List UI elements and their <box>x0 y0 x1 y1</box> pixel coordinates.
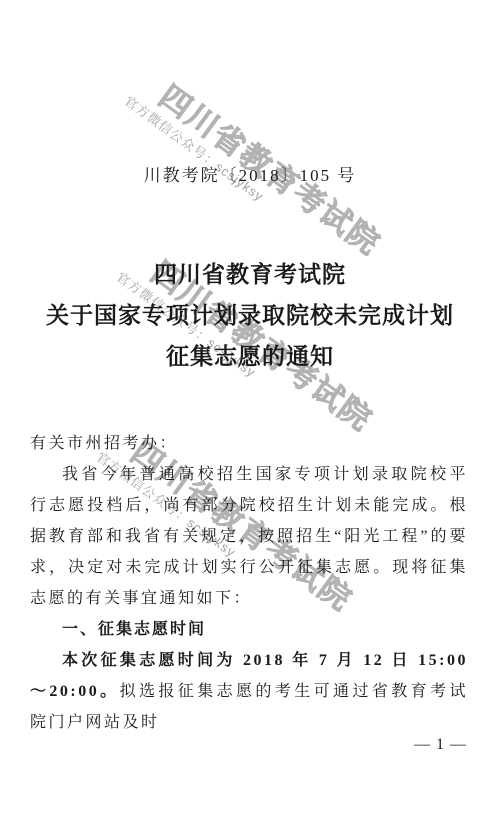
paragraph-2: 本次征集志愿时间为 2018 年 7 月 12 日 15:00～20:00。拟选… <box>30 645 468 738</box>
title-line-3: 征集志愿的通知 <box>0 336 500 377</box>
paragraph-1: 我省今年普通高校招生国家专项计划录取院校平行志愿投档后，尚有部分院校招生计划未能… <box>30 459 468 614</box>
title-line-2: 关于国家专项计划录取院校未完成计划 <box>0 295 500 336</box>
document-page: 四川省教育考试院 官方微信公众号：scsjyksy 四川省教育考试院 官方微信公… <box>0 0 500 814</box>
page-number: — 1 — <box>414 736 467 754</box>
doc-number: 川教考院〔2018〕105 号 <box>0 161 500 186</box>
title-line-1: 四川省教育考试院 <box>0 254 500 295</box>
salutation: 有关市州招考办： <box>30 428 468 459</box>
section-1-heading: 一、征集志愿时间 <box>30 614 468 645</box>
document-body: 有关市州招考办： 我省今年普通高校招生国家专项计划录取院校平行志愿投档后，尚有部… <box>30 428 468 738</box>
document-title: 四川省教育考试院 关于国家专项计划录取院校未完成计划 征集志愿的通知 <box>0 254 500 377</box>
